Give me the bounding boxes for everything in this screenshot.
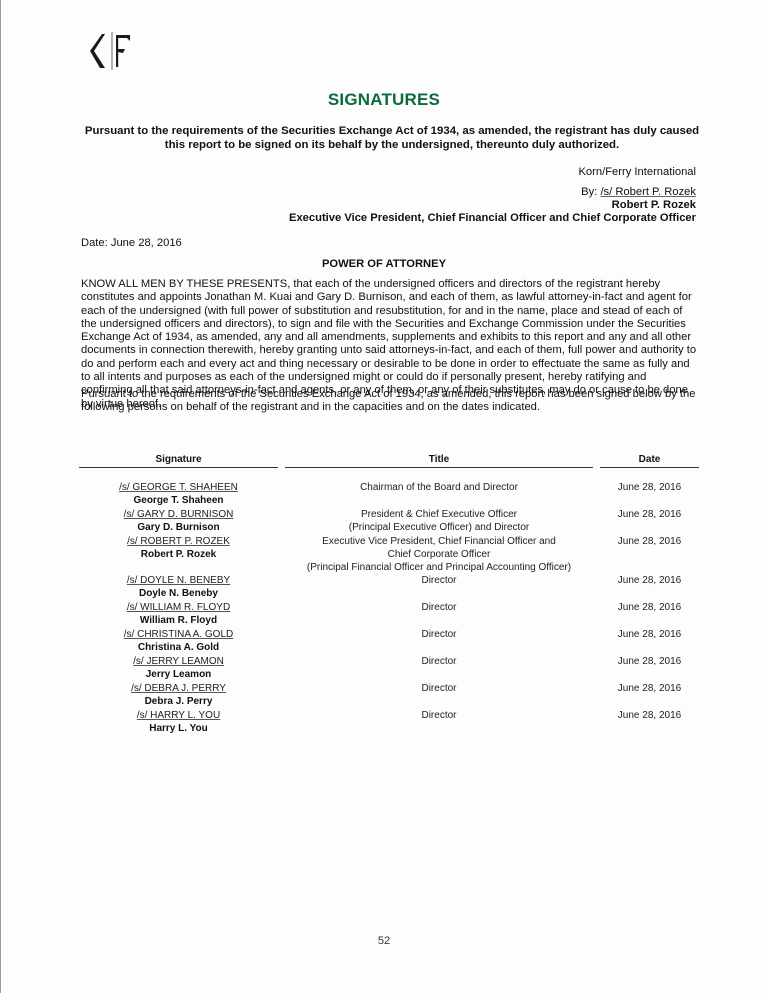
date-cell: June 28, 2016: [600, 535, 699, 548]
signature-cell: /s/ CHRISTINA A. GOLDChristina A. Gold: [79, 628, 278, 654]
column-header-signature: Signature: [79, 454, 278, 468]
signature-line: /s/ ROBERT P. ROZEK: [79, 535, 278, 548]
title-cell: Director: [285, 682, 593, 695]
signed-by: By: /s/ Robert P. Rozek: [581, 185, 696, 199]
title-cell: Director: [285, 655, 593, 668]
date-cell: June 28, 2016: [600, 481, 699, 494]
date-cell: June 28, 2016: [600, 682, 699, 695]
signer-printed-name: Harry L. You: [79, 722, 278, 735]
registrant-signature: /s/ Robert P. Rozek: [600, 186, 696, 198]
signature-cell: /s/ GARY D. BURNISONGary D. Burnison: [79, 508, 278, 534]
poa-heading: POWER OF ATTORNEY: [0, 258, 768, 270]
signer-printed-name: Christina A. Gold: [79, 641, 278, 654]
signer-title: Executive Vice President, Chief Financia…: [289, 211, 696, 225]
title-line: President & Chief Executive Officer: [285, 508, 593, 521]
signer-printed-name: Doyle N. Beneby: [79, 587, 278, 600]
signer-printed-name: Debra J. Perry: [79, 695, 278, 708]
signature-cell: /s/ DEBRA J. PERRYDebra J. Perry: [79, 682, 278, 708]
title-line: Chief Corporate Officer: [285, 548, 593, 561]
title-line: (Principal Executive Officer) and Direct…: [285, 521, 593, 534]
signature-line: /s/ DEBRA J. PERRY: [79, 682, 278, 695]
title-cell: Executive Vice President, Chief Financia…: [285, 535, 593, 574]
signature-line: /s/ JERRY LEAMON: [79, 655, 278, 668]
date-cell: June 28, 2016: [600, 709, 699, 722]
title-cell: President & Chief Executive Officer(Prin…: [285, 508, 593, 534]
date-cell: June 28, 2016: [600, 601, 699, 614]
date-cell: June 28, 2016: [600, 574, 699, 587]
signature-cell: /s/ DOYLE N. BENEBYDoyle N. Beneby: [79, 574, 278, 600]
page-number: 52: [0, 935, 768, 947]
title-cell: Director: [285, 709, 593, 722]
title-line: Director: [285, 709, 593, 722]
title-cell: Chairman of the Board and Director: [285, 481, 593, 494]
signature-line: /s/ GARY D. BURNISON: [79, 508, 278, 521]
title-cell: Director: [285, 574, 593, 587]
report-date: Date: June 28, 2016: [81, 237, 182, 249]
signature-line: /s/ WILLIAM R. FLOYD: [79, 601, 278, 614]
column-header-date: Date: [600, 454, 699, 468]
signing-statement: Pursuant to the requirements of the Secu…: [81, 388, 701, 415]
title-line: Executive Vice President, Chief Financia…: [285, 535, 593, 548]
signer-name: Robert P. Rozek: [612, 198, 696, 212]
signature-cell: /s/ ROBERT P. ROZEKRobert P. Rozek: [79, 535, 278, 561]
title-line: Director: [285, 682, 593, 695]
date-cell: June 28, 2016: [600, 508, 699, 521]
company-name: Korn/Ferry International: [578, 165, 696, 179]
signature-cell: /s/ GEORGE T. SHAHEENGeorge T. Shaheen: [79, 481, 278, 507]
title-line: Director: [285, 601, 593, 614]
title-line: Director: [285, 628, 593, 641]
kf-monogram-logo-icon: [88, 30, 132, 72]
title-line: Chairman of the Board and Director: [285, 481, 593, 494]
title-line: (Principal Financial Officer and Princip…: [285, 561, 593, 574]
signature-cell: /s/ WILLIAM R. FLOYDWilliam R. Floyd: [79, 601, 278, 627]
signature-cell: /s/ HARRY L. YOUHarry L. You: [79, 709, 278, 735]
column-header-title: Title: [285, 454, 593, 468]
signature-line: /s/ HARRY L. YOU: [79, 709, 278, 722]
signer-printed-name: Robert P. Rozek: [79, 548, 278, 561]
by-label: By:: [581, 186, 597, 198]
page-title: SIGNATURES: [0, 90, 768, 110]
signer-printed-name: George T. Shaheen: [79, 494, 278, 507]
title-line: Director: [285, 574, 593, 587]
signer-printed-name: William R. Floyd: [79, 614, 278, 627]
date-cell: June 28, 2016: [600, 628, 699, 641]
title-cell: Director: [285, 628, 593, 641]
date-cell: June 28, 2016: [600, 655, 699, 668]
title-cell: Director: [285, 601, 593, 614]
signer-printed-name: Gary D. Burnison: [79, 521, 278, 534]
signature-cell: /s/ JERRY LEAMONJerry Leamon: [79, 655, 278, 681]
signature-line: /s/ DOYLE N. BENEBY: [79, 574, 278, 587]
signer-printed-name: Jerry Leamon: [79, 668, 278, 681]
signature-line: /s/ GEORGE T. SHAHEEN: [79, 481, 278, 494]
intro-statement: Pursuant to the requirements of the Secu…: [84, 124, 700, 152]
title-line: Director: [285, 655, 593, 668]
page-edge: [0, 0, 1, 993]
signature-line: /s/ CHRISTINA A. GOLD: [79, 628, 278, 641]
